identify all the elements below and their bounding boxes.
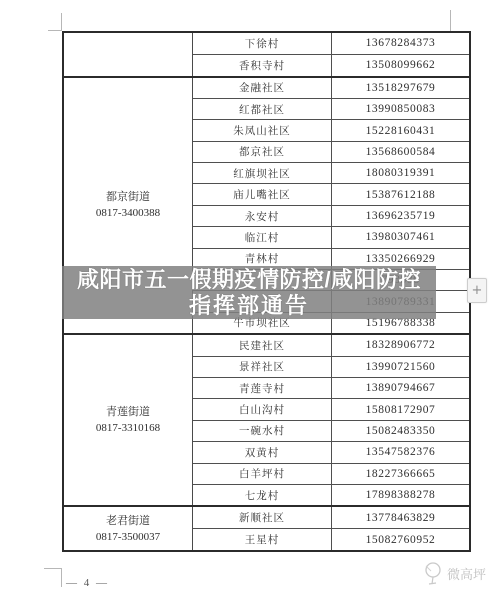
street-name-cell: 青莲街道0817-3310168 [64,335,193,505]
table-row: 王星村15082760952 [193,528,469,550]
section-rows: 下徐村13678284373香积寺村13508099662 [193,33,469,76]
table-row: 下徐村13678284373 [193,33,469,54]
village-name-cell: 王星村 [193,529,332,550]
village-name-cell: 红旗坝社区 [193,163,332,183]
phone-number-cell: 15082483350 [332,421,469,441]
phone-number-cell: 13696235719 [332,206,469,226]
watermark-text: 微高坪 [447,564,486,583]
table-row: 红旗坝社区18080319391 [193,162,469,183]
phone-number-cell: 13518297679 [332,78,469,98]
phone-number-cell: 13568600584 [332,142,469,162]
crop-mark [450,10,451,31]
street-office-phone: 0817-3310168 [96,420,160,436]
street-name: 老君街道 [106,513,150,529]
village-name-cell: 都京社区 [193,142,332,162]
table-row: 金融社区13518297679 [193,78,469,98]
table-row: 白羊坪村18227366665 [193,463,469,484]
table-row: 青莲寺村13890794667 [193,377,469,398]
phone-number-cell: 15387612188 [332,184,469,204]
village-name-cell: 永安村 [193,206,332,226]
table-row: 都京社区13568600584 [193,141,469,162]
phone-number-cell: 13547582376 [332,442,469,462]
crop-mark [61,13,62,31]
table-row: 七龙村17898388278 [193,484,469,505]
street-office-phone: 0817-3400388 [96,205,160,221]
banner-title-line1: 咸阳市五一假期疫情防控/咸阳防控 [77,267,421,293]
title-banner: 咸阳市五一假期疫情防控/咸阳防控 指挥部通告 [62,266,436,319]
street-name: 都京街道 [106,189,150,205]
phone-number-cell: 13890794667 [332,378,469,398]
village-name-cell: 下徐村 [193,33,332,54]
banner-title-line2: 指挥部通告 [189,293,309,318]
phone-number-cell: 18227366665 [332,464,469,484]
table-section: 青莲街道0817-3310168民建社区18328906772景祥社区13990… [64,333,469,505]
village-name-cell: 民建社区 [193,335,332,355]
village-name-cell: 红都社区 [193,99,332,119]
document-page: 下徐村13678284373香积寺村13508099662都京街道0817-34… [0,0,500,598]
village-name-cell: 朱凤山社区 [193,120,332,140]
table-row: 香积寺村13508099662 [193,54,469,76]
village-name-cell: 临江村 [193,227,332,247]
phone-number-cell: 13678284373 [332,33,469,54]
table-row: 一碗水村15082483350 [193,420,469,441]
table-row: 民建社区18328906772 [193,335,469,355]
crop-mark [61,568,62,587]
phone-number-cell: 17898388278 [332,485,469,505]
table-row: 新顺社区13778463829 [193,507,469,528]
phone-number-cell: 15082760952 [332,529,469,550]
phone-number-cell: 13778463829 [332,507,469,528]
page-number: — 4 — [66,577,109,589]
street-name: 青莲街道 [106,404,150,420]
street-office-phone: 0817-3500037 [96,529,160,545]
watermark: 微高坪 [421,560,486,586]
crop-mark [44,568,61,569]
phone-number-cell: 13980307461 [332,227,469,247]
village-name-cell: 新顺社区 [193,507,332,528]
village-name-cell: 景祥社区 [193,357,332,377]
plus-handle-button[interactable]: + [467,278,487,303]
table-row: 红都社区13990850083 [193,98,469,119]
village-name-cell: 白山沟村 [193,399,332,419]
phone-number-cell: 13990721560 [332,357,469,377]
section-rows: 新顺社区13778463829王星村15082760952 [193,507,469,550]
village-name-cell: 双黄村 [193,442,332,462]
section-rows: 民建社区18328906772景祥社区13990721560青莲寺村138907… [193,335,469,505]
crop-mark [48,30,62,31]
phone-number-cell: 18080319391 [332,163,469,183]
phone-number-cell: 15808172907 [332,399,469,419]
phone-number-cell: 13508099662 [332,55,469,76]
table-row: 庙儿嘴社区15387612188 [193,183,469,204]
table-row: 景祥社区13990721560 [193,356,469,377]
table-row: 临江村13980307461 [193,226,469,247]
table-row: 白山沟村15808172907 [193,398,469,419]
table-row: 双黄村13547582376 [193,441,469,462]
phone-number-cell: 18328906772 [332,335,469,355]
watermark-logo-icon [421,560,445,586]
village-name-cell: 一碗水村 [193,421,332,441]
street-name-cell [64,33,193,76]
table-row: 永安村13696235719 [193,205,469,226]
village-name-cell: 七龙村 [193,485,332,505]
street-name-cell: 老君街道0817-3500037 [64,507,193,550]
village-name-cell: 白羊坪村 [193,464,332,484]
village-name-cell: 香积寺村 [193,55,332,76]
table-row: 朱凤山社区15228160431 [193,119,469,140]
village-name-cell: 庙儿嘴社区 [193,184,332,204]
village-name-cell: 金融社区 [193,78,332,98]
table-section: 老君街道0817-3500037新顺社区13778463829王星村150827… [64,505,469,550]
phone-number-cell: 15228160431 [332,120,469,140]
table-section: 下徐村13678284373香积寺村13508099662 [64,33,469,76]
village-name-cell: 青莲寺村 [193,378,332,398]
phone-number-cell: 13990850083 [332,99,469,119]
